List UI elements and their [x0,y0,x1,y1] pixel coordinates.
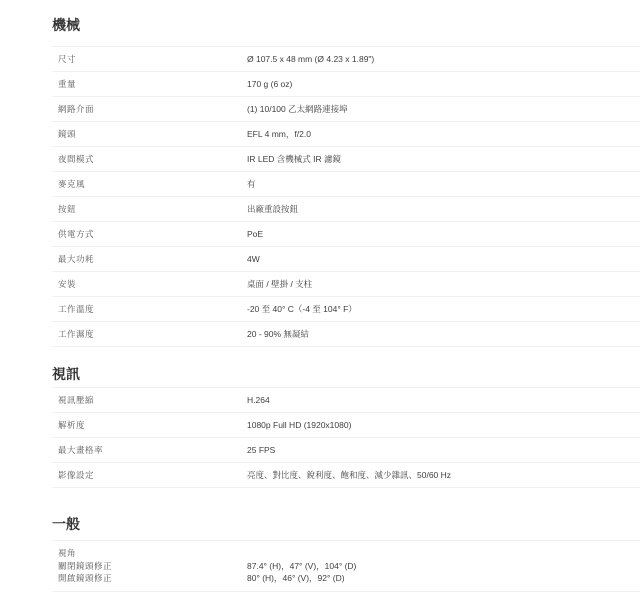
spec-row-lens: 鏡頭EFL 4 mm，f/2.0 [52,122,640,147]
spec-value: 桌面 / 壁掛 / 支柱 [247,278,312,290]
spec-value: 20 - 90% 無凝結 [247,328,309,340]
section-title: 視訊 [52,366,640,382]
spec-row-night-mode: 夜間模式IR LED 含機械式 IR 濾鏡 [52,147,640,172]
spec-label: 最大功耗 [52,253,247,265]
spec-value: PoE [247,229,263,239]
section-title: 一般 [52,516,640,532]
spec-label: 麥克風 [52,178,247,190]
spec-row-operating-humidity: 工作濕度20 - 90% 無凝結 [52,322,640,347]
spec-row-weight: 重量170 g (6 oz) [52,72,640,97]
spec-label: 工作溫度 [52,303,247,315]
spec-row-resolution: 解析度1080p Full HD (1920x1080) [52,413,640,438]
spec-label: 安裝 [52,278,247,290]
spec-table: 視訊壓縮H.264 解析度1080p Full HD (1920x1080) 最… [52,387,640,488]
spec-value: (1) 10/100 乙太網路連接埠 [247,103,348,115]
spec-value: Ø 107.5 x 48 mm (Ø 4.23 x 1.89") [247,54,374,64]
section-title: 機械 [52,17,640,33]
spec-label: 影像設定 [52,469,247,481]
spec-label: 重量 [52,78,247,90]
spec-label: 視角 [58,547,247,560]
spec-label: 供電方式 [52,228,247,240]
spec-value: H.264 [247,395,270,405]
spec-value: 4W [247,254,260,264]
spec-row-operating-temperature: 工作溫度-20 至 40° C（-4 至 104° F） [52,297,640,322]
spec-value-group: 87.4° (H)，47° (V)，104° (D) 80° (H)，46° (… [247,547,356,585]
spec-sublabel: 關閉鏡頭修正 [58,560,247,573]
spec-row-buttons: 按鈕出廠重設按鈕 [52,197,640,222]
spec-row-dimensions: 尺寸Ø 107.5 x 48 mm (Ø 4.23 x 1.89") [52,47,640,72]
spec-value: EFL 4 mm，f/2.0 [247,128,311,140]
spec-row-view-angle: 視角 關閉鏡頭修正 開啟鏡頭修正 87.4° (H)，47° (V)，104° … [52,541,640,592]
spec-row-power-method: 供電方式PoE [52,222,640,247]
spec-row-max-frame-rate: 最大畫格率25 FPS [52,438,640,463]
spec-value: 有 [247,178,256,190]
spec-label: 視訊壓縮 [52,394,247,406]
spec-label: 尺寸 [52,53,247,65]
spec-value: 出廠重設按鈕 [247,203,298,215]
spec-row-image-settings: 影像設定亮度、對比度、銳利度、飽和度、減少雜訊、50/60 Hz [52,463,640,488]
spec-label: 網路介面 [52,103,247,115]
spec-label: 鏡頭 [52,128,247,140]
spec-value: 87.4° (H)，47° (V)，104° (D) [247,560,356,573]
spec-label-group: 視角 關閉鏡頭修正 開啟鏡頭修正 [52,547,247,585]
spec-label: 最大畫格率 [52,444,247,456]
spec-row-microphone: 麥克風有 [52,172,640,197]
spec-row-max-power: 最大功耗4W [52,247,640,272]
spec-label: 按鈕 [52,203,247,215]
spec-value: 25 FPS [247,445,275,455]
spec-value: 亮度、對比度、銳利度、飽和度、減少雜訊、50/60 Hz [247,469,451,481]
spec-row-mounting: 安裝桌面 / 壁掛 / 支柱 [52,272,640,297]
spec-table: 尺寸Ø 107.5 x 48 mm (Ø 4.23 x 1.89") 重量170… [52,46,640,347]
spec-value: 1080p Full HD (1920x1080) [247,420,351,430]
section-general: 一般 視角 關閉鏡頭修正 開啟鏡頭修正 87.4° (H)，47° (V)，10… [52,516,640,592]
spec-row-video-compression: 視訊壓縮H.264 [52,388,640,413]
section-video: 視訊 視訊壓縮H.264 解析度1080p Full HD (1920x1080… [52,366,640,488]
spec-table: 視角 關閉鏡頭修正 開啟鏡頭修正 87.4° (H)，47° (V)，104° … [52,540,640,592]
spec-label: 夜間模式 [52,153,247,165]
spec-label: 解析度 [52,419,247,431]
spec-value: -20 至 40° C（-4 至 104° F） [247,303,357,315]
section-mechanical: 機械 尺寸Ø 107.5 x 48 mm (Ø 4.23 x 1.89") 重量… [52,17,640,347]
spacer [247,547,356,560]
spec-sublabel: 開啟鏡頭修正 [58,572,247,585]
spec-value: 170 g (6 oz) [247,79,292,89]
spec-value: 80° (H)，46° (V)，92° (D) [247,572,356,585]
spec-value: IR LED 含機械式 IR 濾鏡 [247,153,341,165]
spec-label: 工作濕度 [52,328,247,340]
spec-row-network-interface: 網路介面(1) 10/100 乙太網路連接埠 [52,97,640,122]
